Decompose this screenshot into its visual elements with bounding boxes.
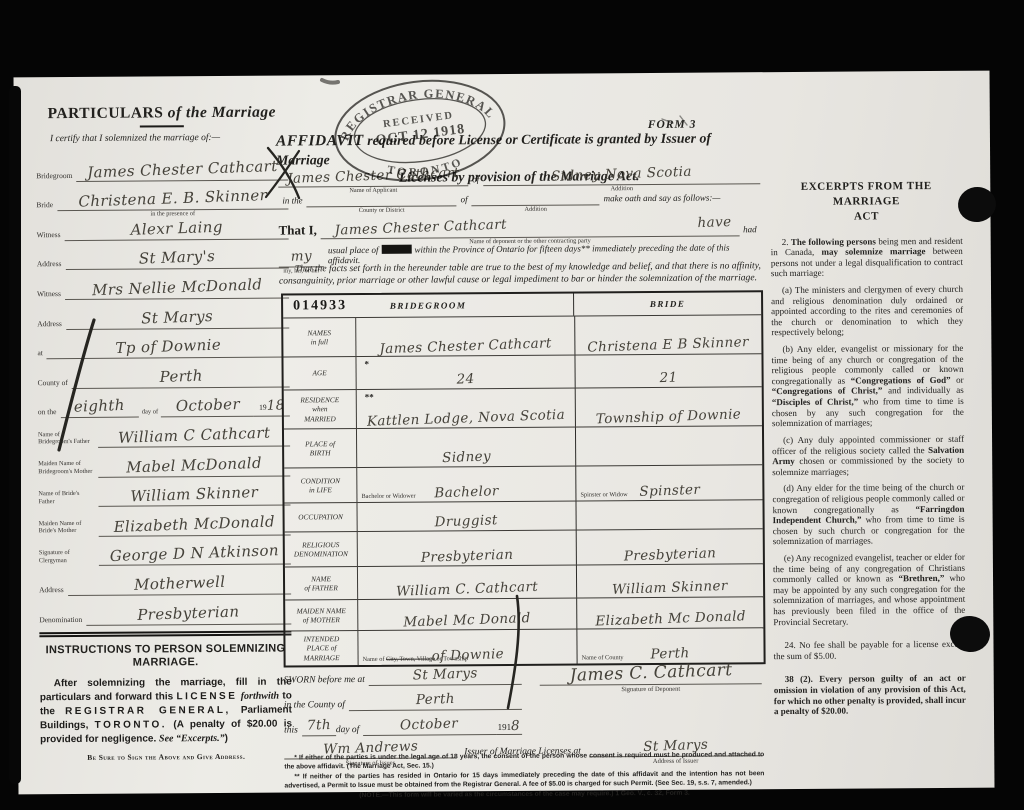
handwritten-entry: Elizabeth McDonald bbox=[114, 514, 276, 535]
bridegroom-value: Bachelor bbox=[434, 485, 499, 501]
bridegroom-value: 24 bbox=[456, 372, 474, 386]
left-field-label: Name of Bride's Father bbox=[38, 490, 98, 508]
left-field-label: Bride bbox=[36, 200, 57, 211]
bridegroom-value: Kattlen Lodge, Nova Scotia bbox=[367, 408, 566, 428]
particulars-title-caps: PARTICULARS bbox=[48, 104, 164, 122]
bridegroom-value: Druggist bbox=[435, 514, 499, 530]
particulars-fields: BridegroomJames Chester CathcartBrideChr… bbox=[36, 151, 291, 626]
in-the-word: in the bbox=[278, 195, 306, 207]
bride-value: Christena E B Skinner bbox=[587, 336, 749, 355]
left-field-label: Maiden Name of Bridegroom's Mother bbox=[38, 460, 98, 478]
had-word: had bbox=[739, 224, 761, 236]
table-row: CONDITIONin LIFEBachelor or WidowerBache… bbox=[284, 464, 762, 502]
left-field-row: DenominationPresbyterian bbox=[39, 594, 291, 625]
table-row: RELIGIOUSDENOMINATIONPresbyterianPresbyt… bbox=[285, 528, 763, 566]
instructions-title: INSTRUCTIONS TO PERSON SOLEMNIZING MARRI… bbox=[39, 642, 291, 671]
my-handwritten: my bbox=[291, 250, 313, 264]
deponent-row: That I, James Chester Cathcart have Name… bbox=[279, 216, 761, 239]
deponent-signature: James C. Cathcart bbox=[569, 660, 732, 686]
handwritten-entry: October bbox=[175, 397, 240, 414]
bridegroom-value: Sidney bbox=[441, 450, 490, 465]
day-of-label: day of bbox=[139, 409, 161, 418]
left-field-label: Address bbox=[37, 319, 66, 330]
year-printed: 19 bbox=[259, 403, 267, 412]
left-field-row: atTp of Downie bbox=[37, 328, 289, 359]
bridegroom-cell: Presbyterian bbox=[358, 530, 577, 566]
bride-sublabel: Spinster or Widow bbox=[580, 491, 627, 498]
left-field-label: Bridegroom bbox=[36, 171, 76, 182]
left-field-row: BridegroomJames Chester Cathcart bbox=[36, 151, 288, 182]
bride-cell: Name of CountyPerth bbox=[577, 628, 763, 663]
bride-cell: Spinster or WidowSpinster bbox=[576, 465, 762, 500]
left-field-label: Witness bbox=[37, 289, 65, 300]
footnote-mark: ** bbox=[365, 392, 374, 402]
bride-value: Township of Downie bbox=[596, 408, 742, 427]
bridegroom-cell: **Kattlen Lodge, Nova Scotia bbox=[357, 388, 576, 428]
facts-paragraph: That the facts set forth in the hereunde… bbox=[279, 260, 761, 288]
bridegroom-value: Mabel Mc Donald bbox=[403, 612, 531, 630]
bride-cell: William Skinner bbox=[577, 564, 763, 597]
left-field-label: Maiden Name of Bride's Mother bbox=[39, 519, 99, 537]
table-row: NAMESin fullJames Chester CathcartChrist… bbox=[283, 315, 761, 356]
left-field-value: St Marys bbox=[66, 308, 290, 330]
left-field-row: WitnessAlexr Laing bbox=[36, 210, 288, 241]
registrar-received-stamp: REGISTRAR GENERAL RECEIVED OCT 12 1918 T… bbox=[323, 63, 516, 197]
left-field-row: AddressMotherwell bbox=[39, 565, 291, 596]
left-field-label: Witness bbox=[37, 230, 65, 241]
bride-cell bbox=[576, 500, 762, 529]
table-row: INTENDEDPLACE ofMARRIAGEName of City, To… bbox=[285, 627, 763, 665]
applicant-place: Sidney Nova Scotia bbox=[551, 166, 692, 184]
sworn-before-label: SWORN before me at bbox=[284, 675, 369, 687]
left-field-label: Signature of Clergyman bbox=[39, 549, 99, 567]
left-field-value: Mrs Nellie McDonald bbox=[65, 278, 289, 300]
day-of-label: day of bbox=[336, 725, 364, 736]
bridegroom-cell: James Chester Cathcart bbox=[356, 317, 575, 357]
handwritten-entry: Alexr Laing bbox=[130, 219, 223, 237]
sworn-left-block: SWORN before me at St Marys in the Count… bbox=[284, 660, 523, 737]
sworn-county: Perth bbox=[416, 693, 455, 708]
bride-cell: Presbyterian bbox=[577, 529, 763, 564]
county-district-label: County or District bbox=[359, 207, 405, 214]
instructions-body: After solemnizing the marriage, fill in … bbox=[40, 675, 292, 747]
of-word-2: of bbox=[457, 194, 472, 206]
left-field-value: Motherwell bbox=[68, 574, 292, 596]
excerpts-body: 2. The following persons being men and r… bbox=[771, 235, 966, 717]
left-field-value: Alexr Laing bbox=[64, 219, 288, 241]
bridegroom-cell: *24 bbox=[356, 355, 575, 389]
certify-line: I certify that I solemnized the marriage… bbox=[36, 133, 288, 145]
table-row-label: OCCUPATION bbox=[284, 503, 357, 532]
addition-label-2: Addition bbox=[524, 206, 546, 213]
particulars-panel: PARTICULARS of the Marriage I certify th… bbox=[36, 104, 293, 763]
handwritten-entry: Christena E. B. Skinner bbox=[78, 188, 267, 210]
that-i-label: That I, bbox=[279, 222, 321, 239]
left-field-value: Christena E. B. Skinnerin the presence o… bbox=[57, 190, 288, 212]
oath-tail: make oath and say as follows:— bbox=[600, 192, 725, 205]
sworn-month: October bbox=[400, 718, 459, 734]
handwritten-entry: William C Cathcart bbox=[118, 425, 271, 445]
table-row-label: MAIDEN NAMEof MOTHER bbox=[285, 600, 358, 631]
bridegroom-cell: William C. Cathcart bbox=[358, 565, 577, 599]
bride-sublabel: Name of County bbox=[582, 654, 624, 661]
handwritten-entry: Presbyterian bbox=[137, 604, 240, 623]
scan-edge-artifact bbox=[9, 86, 21, 784]
handwritten-entry: St Marys bbox=[141, 309, 213, 327]
bridegroom-cell: Bachelor or WidowerBachelor bbox=[357, 466, 576, 502]
handwritten-entry: St Mary's bbox=[139, 249, 216, 267]
handwritten-entry: eighth bbox=[74, 398, 126, 415]
left-field-value: Elizabeth McDonald bbox=[99, 515, 291, 536]
scanned-marriage-record: PARTICULARS of the Marriage I certify th… bbox=[0, 0, 1024, 810]
bridegroom-cell: Druggist bbox=[357, 501, 576, 531]
instructions-box: INSTRUCTIONS TO PERSON SOLEMNIZING MARRI… bbox=[39, 630, 292, 762]
redacted-word bbox=[381, 245, 411, 254]
have-handwritten: have bbox=[697, 216, 731, 231]
left-field-value: October bbox=[161, 397, 254, 418]
left-field-row: on theeighthday ofOctober1918 bbox=[38, 387, 290, 418]
left-field-value: Perth bbox=[72, 367, 290, 389]
left-field-value: William C Cathcart bbox=[98, 426, 290, 447]
left-field-row: County ofPerth bbox=[37, 358, 289, 389]
bridegroom-value: Presbyterian bbox=[420, 548, 513, 565]
left-field-value: Tp of Downie bbox=[47, 338, 290, 360]
instructions-footer: Be Sure to Sign the Above and Give Addre… bbox=[40, 751, 292, 762]
handwritten-entry: Perth bbox=[159, 368, 203, 384]
excerpt-paragraph: 24. No fee shall be payable for a licens… bbox=[773, 639, 965, 662]
particulars-title: PARTICULARS of the Marriage bbox=[36, 104, 288, 124]
bride-value: Spinster bbox=[639, 483, 700, 499]
left-field-label: Address bbox=[39, 585, 68, 596]
bride-value: Presbyterian bbox=[623, 547, 716, 564]
left-field-row: Name of Bride's FatherWilliam Skinner bbox=[38, 476, 290, 507]
left-field-value: George D N Atkinson bbox=[99, 545, 291, 566]
bride-cell bbox=[576, 426, 762, 465]
instructions-text: LICENSE bbox=[176, 691, 237, 702]
excerpt-paragraph: (d) Any elder for the time being of the … bbox=[772, 482, 964, 547]
left-field-row: Name of Bridegroom's FatherWilliam C Cat… bbox=[38, 417, 290, 448]
handwritten-entry: Tp of Downie bbox=[115, 338, 221, 357]
footnote-mark: * bbox=[364, 359, 369, 369]
bridegroom-sublabel: Bachelor or Widower bbox=[361, 493, 415, 500]
excerpt-paragraph: (b) Any elder, evangelist or missionary … bbox=[771, 343, 964, 429]
left-field-value: St Mary's bbox=[65, 249, 289, 271]
instructions-text: forthwith bbox=[241, 691, 279, 702]
bride-cell: Township of Downie bbox=[576, 387, 762, 426]
bride-column-header: BRIDE bbox=[573, 292, 761, 315]
title-rule bbox=[140, 125, 184, 127]
bride-value: 21 bbox=[659, 371, 677, 385]
sworn-place: St Marys bbox=[413, 667, 478, 683]
table-row-label: PLACE ofBIRTH bbox=[284, 429, 357, 468]
table-row-label: CONDITIONin LIFE bbox=[284, 468, 357, 503]
handwritten-entry: George D N Atkinson bbox=[110, 544, 280, 565]
table-row: NAMEof FATHERWilliam C. CathcartWilliam … bbox=[285, 563, 763, 599]
left-field-label: at bbox=[37, 348, 46, 359]
bridegroom-value: James Chester Cathcart bbox=[379, 337, 552, 357]
sworn-day: 7th bbox=[307, 719, 331, 733]
marriage-details-table: 014933 BRIDEGROOM BRIDE NAMESin fullJame… bbox=[281, 290, 766, 667]
left-field-label: Address bbox=[37, 259, 66, 270]
excerpt-paragraph: (e) Any recognized evangelist, teacher o… bbox=[773, 552, 966, 628]
excerpt-paragraph: 38 (2). Every person guilty of an act or… bbox=[774, 673, 966, 717]
table-header: 014933 BRIDEGROOM BRIDE bbox=[283, 292, 761, 318]
sworn-year: 1918 bbox=[496, 719, 523, 735]
this-label: this bbox=[284, 725, 302, 736]
particulars-title-rest: of the Marriage bbox=[168, 104, 276, 122]
left-field-label: County of bbox=[38, 378, 72, 389]
excerpts-title: EXCERPTS FROM THE MARRIAGE ACT bbox=[770, 179, 962, 225]
excerpt-paragraph: 2. The following persons being men and r… bbox=[771, 235, 963, 279]
bride-cell: Christena E B Skinner bbox=[575, 315, 761, 354]
table-row: OCCUPATIONDruggist bbox=[284, 499, 762, 531]
instructions-text: See “Excerpts.” bbox=[159, 733, 225, 744]
table-row: RESIDENCEwhenMARRIED**Kattlen Lodge, Nov… bbox=[284, 386, 762, 428]
bride-value: Elizabeth Mc Donald bbox=[595, 610, 746, 629]
left-field-row: WitnessMrs Nellie McDonald bbox=[37, 269, 289, 300]
excerpt-paragraph: (a) The ministers and clergymen of every… bbox=[771, 284, 963, 338]
table-row-label: RELIGIOUSDENOMINATION bbox=[285, 532, 358, 567]
bridegroom-cell: Mabel Mc Donald bbox=[358, 598, 577, 630]
table-row-label: RESIDENCEwhenMARRIED bbox=[284, 390, 357, 429]
left-field-row: Maiden Name of Bridegroom's MotherMabel … bbox=[38, 446, 290, 477]
left-field-label: on the bbox=[38, 407, 61, 418]
serial-number: 014933 bbox=[293, 298, 347, 314]
left-field-label: Name of Bridegroom's Father bbox=[38, 431, 98, 449]
left-field-row: Signature of ClergymanGeorge D N Atkinso… bbox=[39, 535, 291, 566]
deponent-signature-label: Signature of Deponent bbox=[540, 685, 762, 694]
table-row: MAIDEN NAMEof MOTHERMabel Mc DonaldEliza… bbox=[285, 596, 763, 630]
bride-cell: Elizabeth Mc Donald bbox=[577, 597, 763, 628]
left-field-row: BrideChristena E. B. Skinnerin the prese… bbox=[36, 180, 288, 211]
sworn-county-label: in the County of bbox=[284, 700, 349, 711]
bridegroom-value: William C. Cathcart bbox=[396, 580, 538, 598]
addition-label: Addition bbox=[611, 185, 633, 192]
excerpt-paragraph: (c) Any duly appointed commissioner or s… bbox=[772, 434, 964, 478]
affidavit-panel: REGISTRAR GENERAL RECEIVED OCT 12 1918 T… bbox=[276, 72, 771, 792]
left-field-value: Mabel McDonald bbox=[98, 456, 290, 477]
document-sheet: PARTICULARS of the Marriage I certify th… bbox=[14, 71, 995, 795]
left-field-row: AddressSt Mary's bbox=[37, 239, 289, 270]
handwritten-entry: Mabel McDonald bbox=[126, 455, 262, 475]
table-row: AGE*2421 bbox=[283, 353, 761, 389]
table-row-label: NAMESin full bbox=[283, 318, 356, 357]
instructions-text: TORONTO. bbox=[95, 719, 167, 731]
left-field-label: Denomination bbox=[39, 614, 86, 625]
left-field-value: William Skinner bbox=[98, 486, 290, 507]
handwritten-entry: William Skinner bbox=[130, 485, 258, 504]
footnote: ** If neither of the parties has resided… bbox=[284, 769, 764, 791]
handwritten-entry: Mrs Nellie McDonald bbox=[91, 277, 262, 298]
left-field-value: eighth bbox=[60, 398, 139, 419]
table-row-label: NAMEof FATHER bbox=[285, 567, 358, 600]
table-row-label: AGE bbox=[283, 357, 356, 390]
instructions-text: REGISTRAR GENERAL, bbox=[65, 705, 231, 717]
table-row: PLACE ofBIRTHSidney bbox=[284, 425, 762, 467]
deponent-signature-block: James C. Cathcart Signature of Deponent bbox=[540, 662, 762, 694]
handwritten-entry: James Chester Cathcart bbox=[87, 159, 278, 181]
footnotes: * If either of the parties is under the … bbox=[284, 750, 764, 800]
bride-value: Perth bbox=[651, 647, 690, 662]
left-field-row: Maiden Name of Bride's MotherElizabeth M… bbox=[39, 506, 291, 537]
table-rows: NAMESin fullJames Chester CathcartChrist… bbox=[283, 315, 763, 665]
instructions-text: ) bbox=[225, 733, 228, 744]
bride-cell: 21 bbox=[575, 354, 761, 387]
left-field-row: AddressSt Marys bbox=[37, 298, 289, 329]
bride-value: William Skinner bbox=[612, 579, 728, 597]
excerpts-panel: EXCERPTS FROM THE MARRIAGE ACT 2. The fo… bbox=[770, 179, 966, 723]
deponent-name: James Chester Cathcart bbox=[335, 219, 508, 239]
handwritten-entry: Motherwell bbox=[133, 575, 225, 593]
left-field-value: Presbyterian bbox=[86, 604, 291, 625]
left-field-value: James Chester Cathcart bbox=[76, 160, 288, 181]
bridegroom-cell: Sidney bbox=[357, 427, 576, 467]
